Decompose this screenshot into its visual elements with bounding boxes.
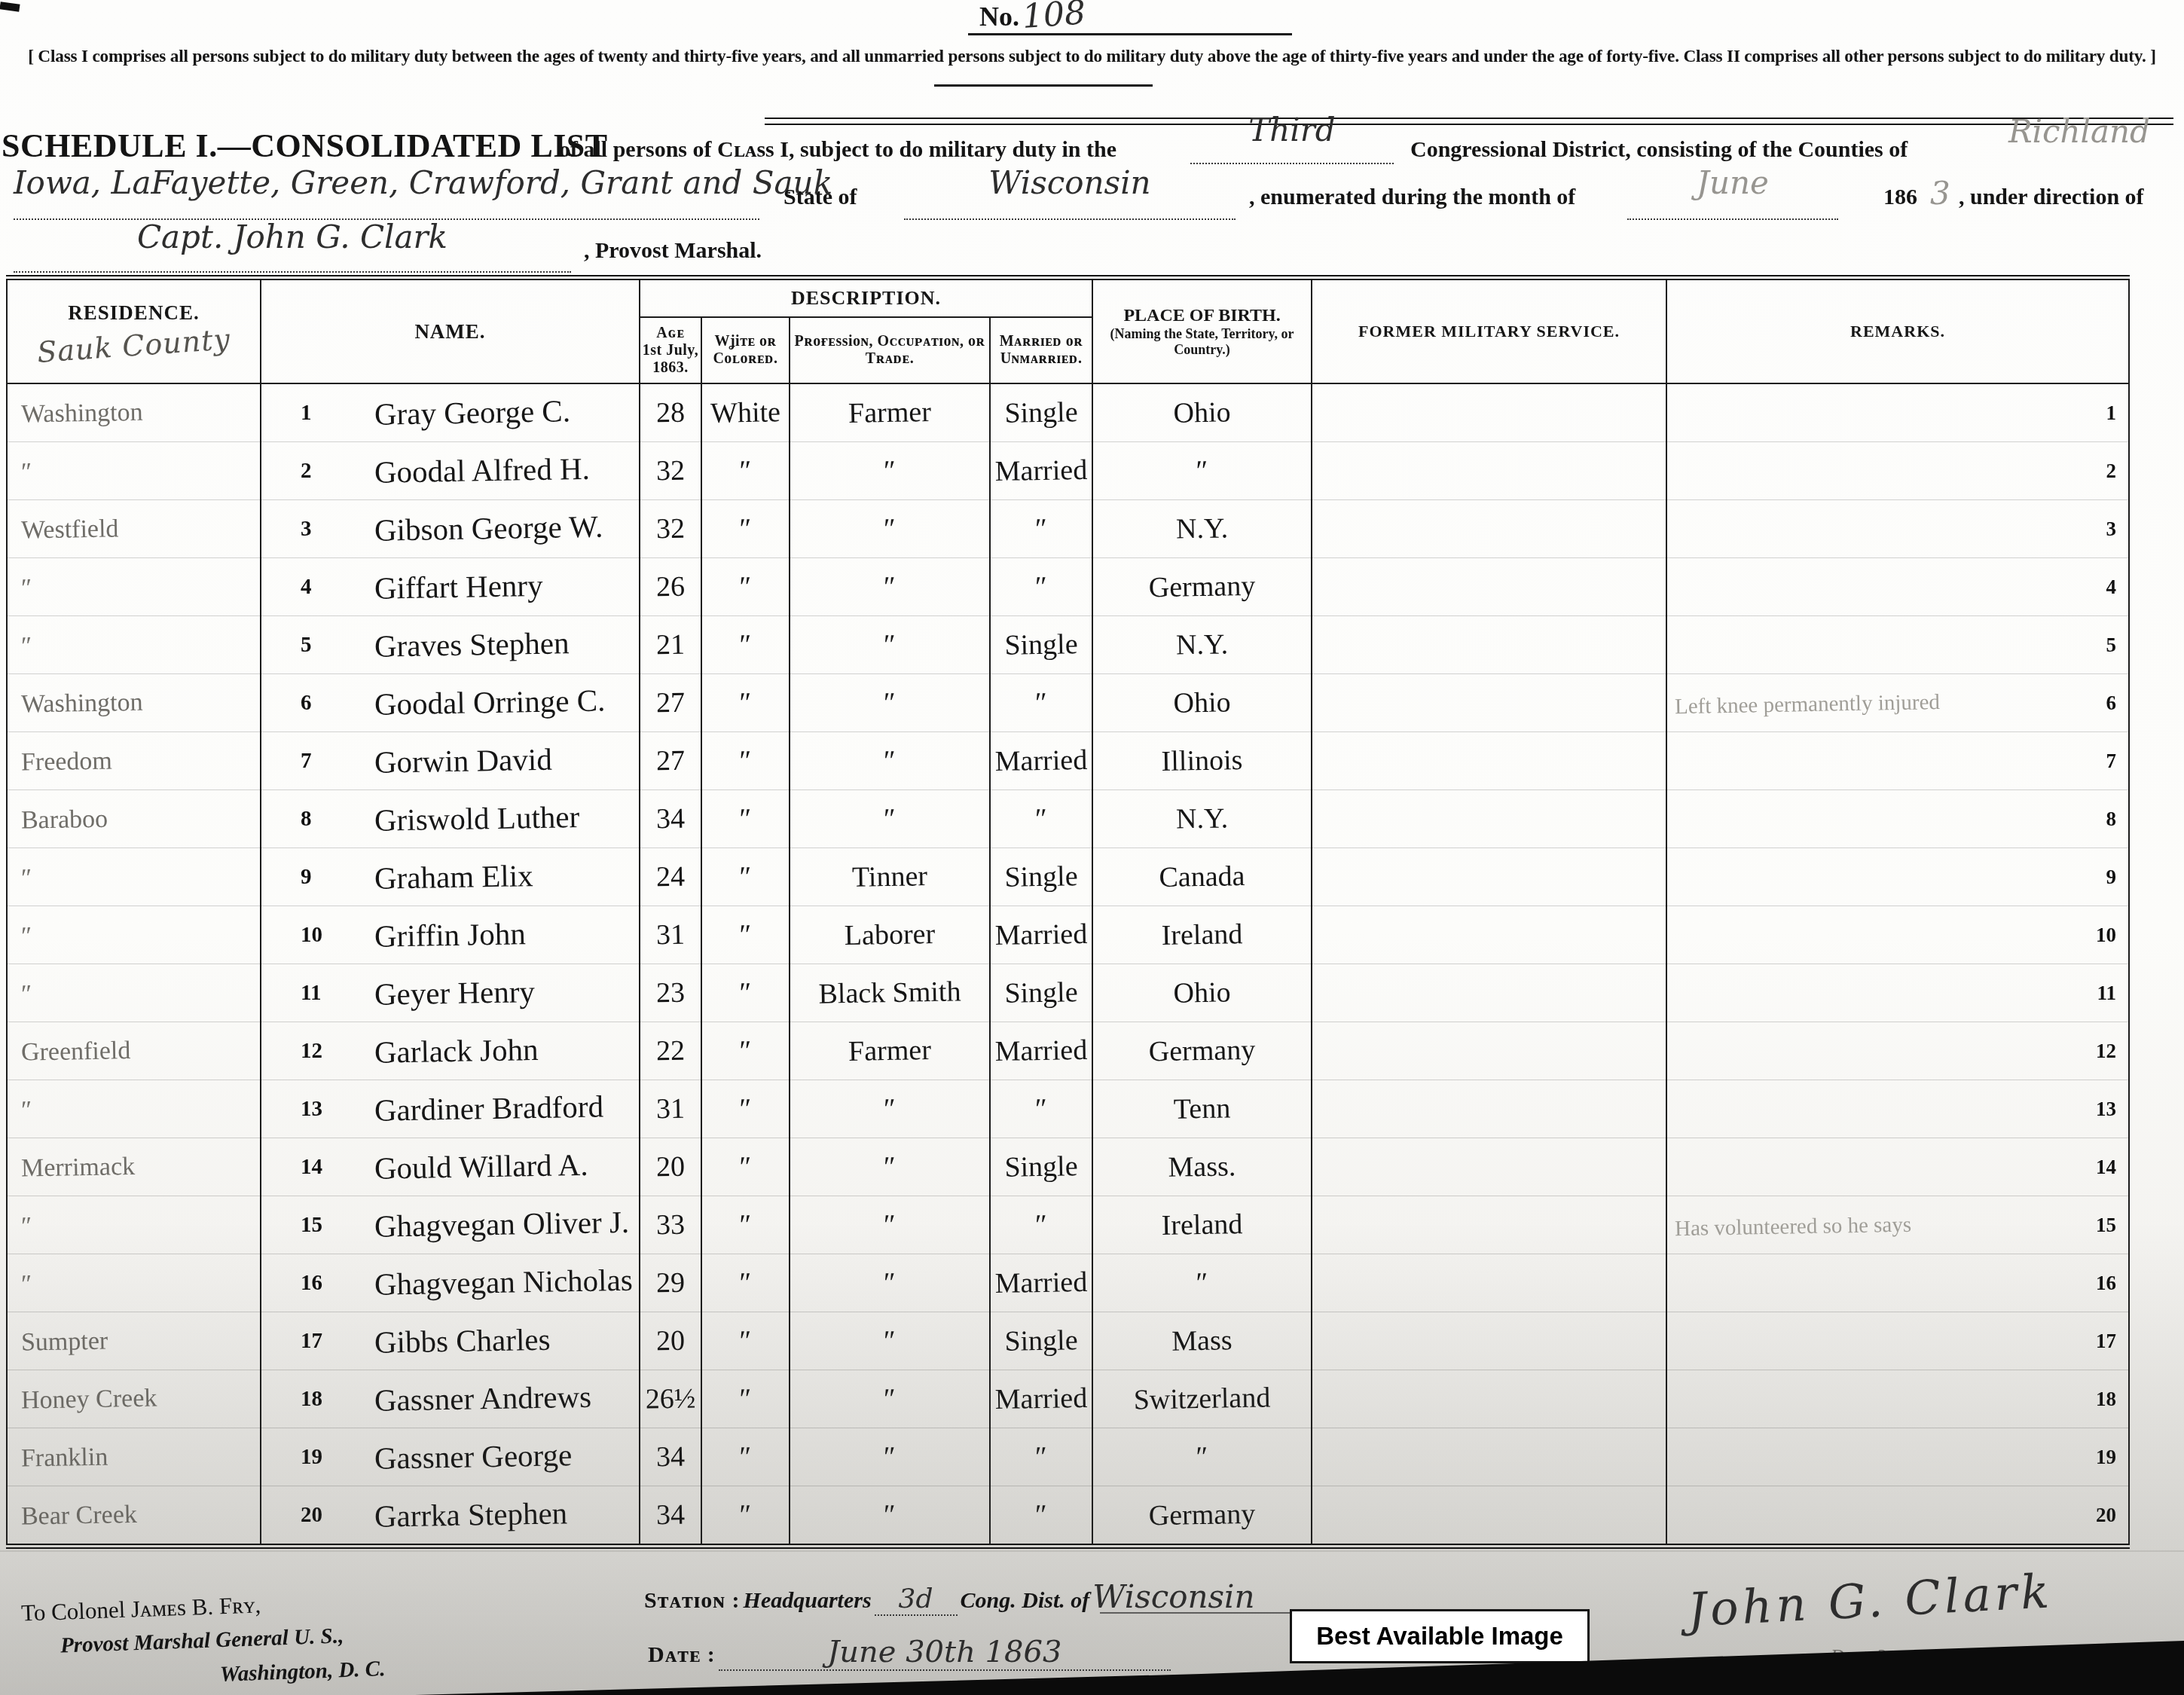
station-line: Sᴛᴀᴛɪᴏɴ : Headquarters 3d Cong. Dist. of… [644,1578,1255,1616]
remarks-handwritten [1667,641,2128,649]
birthplace-cell: Illinois [1092,732,1312,790]
married-handwritten: Single [991,860,1092,894]
color-handwritten: ″ [702,1150,790,1184]
name-cell: 17Gibbs Charles [261,1312,640,1370]
station-district-blank: 3d [875,1584,958,1616]
row-number-right: 5 [2106,634,2117,657]
remarks-handwritten [1667,1279,2128,1287]
married-handwritten: Married [991,1382,1092,1416]
birthplace-handwritten: Ohio [1093,974,1312,1011]
residence-cell: ″ [7,1254,261,1312]
station-label: Sᴛᴀᴛɪᴏɴ : [644,1588,741,1613]
header-age: Aɢᴇ 1st July, 1863. [640,317,701,383]
married-handwritten: ″ [991,512,1092,546]
remarks-cell: 4 [1666,558,2129,616]
age-cell: 33 [640,1196,701,1254]
age-cell: 28 [640,383,701,442]
name-handwritten: Giffart Henry [261,566,640,609]
service-handwritten [1312,526,1666,532]
table-header: RESIDENCE. Sauk County NAME. DESCRIPTION… [7,278,2129,384]
row-number-right: 1 [2106,402,2117,425]
table-row: Franklin19Gassner George34″″″″19 [7,1428,2129,1486]
color-handwritten: ″ [702,454,790,488]
military-service-cell [1312,1196,1666,1254]
remarks-handwritten [1667,1163,2128,1171]
married-cell: ″ [990,500,1092,558]
service-handwritten [1312,1454,1666,1460]
table-row: Bear Creek20Garrka Stephen34″″″Germany20 [7,1486,2129,1547]
occupation-cell: Farmer [790,1022,990,1080]
military-service-cell [1312,964,1666,1022]
name-handwritten: Gibson George W. [261,508,640,551]
residence-cell: Washington [7,383,261,442]
name-cell: 15Ghagvegan Oliver J. [261,1196,640,1254]
birthplace-cell: Tenn [1092,1080,1312,1138]
scanned-document-page: No. 108 [ Class I comprises all persons … [0,0,2184,1695]
title-seg-c: Congressional District, consisting of th… [1410,137,1908,163]
birthplace-cell: Mass [1092,1312,1312,1370]
occupation-cell: Laborer [790,906,990,964]
service-handwritten [1312,1164,1666,1170]
occupation-handwritten: Laborer [790,917,990,954]
residence-cell: ″ [7,906,261,964]
occupation-cell: ″ [790,1254,990,1312]
header-age-l2: 1st July, [643,342,699,359]
remarks-cell: 18 [1666,1370,2129,1428]
residence-cell: Westfield [7,500,261,558]
married-handwritten: Married [991,918,1092,952]
residence-handwritten: Sumpter [8,1324,261,1358]
service-handwritten [1312,990,1666,996]
age-handwritten: 21 [640,628,701,661]
remarks-handwritten [1667,409,2128,417]
color-handwritten: ″ [702,1440,790,1474]
occupation-handwritten: ″ [790,801,990,838]
birthplace-handwritten: ″ [1093,452,1312,489]
remarks-handwritten [1667,815,2128,823]
married-cell: ″ [990,674,1092,732]
residence-handwritten: ″ [8,570,261,603]
remarks-cell: Left knee permanently injured6 [1666,674,2129,732]
age-handwritten: 32 [640,512,701,545]
station-district-handwritten: 3d [899,1584,933,1614]
table-row: Merrimack14Gould Willard A.20″″SingleMas… [7,1138,2129,1196]
residence-handwritten: ″ [8,976,261,1009]
birthplace-cell: Germany [1092,1022,1312,1080]
color-handwritten: ″ [702,1498,790,1532]
color-cell: White [701,383,790,442]
military-service-cell [1312,1428,1666,1486]
remarks-handwritten [1667,757,2128,765]
header-remarks: REMARKS. [1666,278,2129,384]
occupation-handwritten: ″ [790,743,990,780]
table-row: Washington6Goodal Orringe C.27″″″OhioLef… [7,674,2129,732]
date-label: Dᴀᴛᴇ : [648,1642,716,1667]
remarks-handwritten [1667,1105,2128,1113]
remarks-handwritten [1667,1337,2128,1345]
title-seg-b: of all persons of Cʟᴀss I, subject to do… [559,137,1116,163]
remarks-cell: 5 [1666,616,2129,674]
color-handwritten: ″ [702,1382,790,1416]
date-line: Dᴀᴛᴇ : June 30th 1863 [648,1635,1171,1671]
occupation-handwritten: ″ [790,569,990,606]
name-handwritten: Gould Willard A. [261,1146,640,1189]
occupation-cell: ″ [790,1138,990,1196]
military-service-cell [1312,790,1666,848]
name-handwritten: Garrka Stephen [261,1494,640,1537]
captain-blank: Capt. John G. Clark [14,226,571,273]
married-handwritten: ″ [991,1092,1092,1126]
service-handwritten [1312,1338,1666,1344]
signature-handwritten: John G. Clark [1686,1563,2054,1637]
military-service-cell [1312,1138,1666,1196]
direction-label: , under direction of [1959,185,2144,210]
name-cell: 14Gould Willard A. [261,1138,640,1196]
table-row: ″10Griffin John31″LaborerMarriedIreland1… [7,906,2129,964]
district-handwritten: Third [1248,111,1335,148]
birthplace-handwritten: Germany [1093,1496,1312,1533]
name-cell: 2Goodal Alfred H. [261,442,640,500]
occupation-cell: ″ [790,1196,990,1254]
name-handwritten: Graves Stephen [261,624,640,667]
header-birthplace-label: PLACE OF BIRTH. [1123,306,1280,325]
name-handwritten: Gibbs Charles [261,1320,640,1363]
age-cell: 34 [640,790,701,848]
birthplace-cell: Ireland [1092,906,1312,964]
age-handwritten: 23 [640,976,701,1009]
enumerated-label: , enumerated during the month of [1249,185,1575,210]
residence-handwritten: ″ [8,1092,261,1125]
state-blank: Wisconsin [904,172,1236,220]
married-cell: Married [990,732,1092,790]
birthplace-cell: Germany [1092,558,1312,616]
color-cell: ″ [701,1370,790,1428]
name-handwritten: Gardiner Bradford [261,1088,640,1131]
name-cell: 12Garlack John [261,1022,640,1080]
birthplace-handwritten: Ireland [1093,1206,1312,1243]
birthplace-handwritten: Germany [1093,1032,1312,1069]
table-row: Washington1Gray George C.28WhiteFarmerSi… [7,383,2129,442]
state-label: State of [783,185,857,210]
name-cell: 20Garrka Stephen [261,1486,640,1547]
counties-blank-1: Richland [1981,121,2177,164]
row-number-right: 16 [2096,1272,2116,1295]
table-row: ″9Graham Elix24″TinnerSingleCanada9 [7,848,2129,906]
color-handwritten: ″ [702,1034,790,1068]
color-cell: ″ [701,848,790,906]
color-cell: ″ [701,674,790,732]
row-number-right: 20 [2096,1504,2116,1527]
service-handwritten [1312,642,1666,648]
military-service-cell [1312,1486,1666,1547]
title-rule [765,118,2173,125]
station-headquarters: Headquarters [744,1588,872,1613]
married-cell: Married [990,1022,1092,1080]
married-cell: Single [990,1312,1092,1370]
birthplace-cell: ″ [1092,1428,1312,1486]
birthplace-cell: Ohio [1092,674,1312,732]
married-cell: Single [990,964,1092,1022]
color-handwritten: ″ [702,686,790,720]
age-handwritten: 24 [640,860,701,893]
military-service-cell [1312,848,1666,906]
addressee-line-3: Washington, D. C. [219,1657,385,1687]
table-row: Freedom7Gorwin David27″″MarriedIllinois7 [7,732,2129,790]
residence-cell: Honey Creek [7,1370,261,1428]
header-military-service: FORMER MILITARY SERVICE. [1312,278,1666,384]
married-handwritten: ″ [991,686,1092,720]
age-handwritten: 31 [640,1092,701,1125]
married-cell: Married [990,1370,1092,1428]
remarks-handwritten [1667,467,2128,475]
addressee-line-2: Provost Marshal General U. S., [60,1623,344,1658]
remarks-cell: 17 [1666,1312,2129,1370]
service-handwritten [1312,816,1666,822]
age-handwritten: 28 [640,395,701,429]
name-handwritten: Graham Elix [261,856,640,899]
row-number-right: 8 [2106,808,2117,831]
married-handwritten: ″ [991,570,1092,604]
best-available-image-badge: Best Available Image [1290,1609,1590,1663]
age-handwritten: 32 [640,454,701,487]
married-cell: ″ [990,558,1092,616]
color-handwritten: ″ [702,628,790,662]
remarks-handwritten [1667,583,2128,591]
birthplace-handwritten: N.Y. [1093,626,1312,663]
married-handwritten: Single [991,976,1092,1010]
name-handwritten: Garlack John [261,1030,640,1073]
occupation-handwritten: ″ [790,511,990,548]
color-handwritten: ″ [702,1092,790,1126]
residence-cell: Bear Creek [7,1486,261,1547]
age-cell: 22 [640,1022,701,1080]
color-cell: ″ [701,1486,790,1547]
birthplace-cell: Switzerland [1092,1370,1312,1428]
married-cell: ″ [990,1486,1092,1547]
military-service-cell [1312,1022,1666,1080]
color-handwritten: ″ [702,918,790,952]
name-cell: 8Griswold Luther [261,790,640,848]
birthplace-cell: N.Y. [1092,500,1312,558]
military-service-cell [1312,1080,1666,1138]
table-row: ″13Gardiner Bradford31″″″Tenn13 [7,1080,2129,1138]
row-number-right: 11 [2097,982,2117,1005]
age-cell: 34 [640,1428,701,1486]
name-cell: 13Gardiner Bradford [261,1080,640,1138]
year-printed: 186 [1883,185,1917,210]
married-handwritten: ″ [991,1208,1092,1242]
name-handwritten: Ghagvegan Nicholas [261,1262,640,1305]
married-handwritten: Married [991,1034,1092,1068]
residence-handwritten: Washington [8,396,261,429]
schedule-title: SCHEDULE I.—CONSOLIDATED LIST [2,127,608,165]
residence-handwritten: Greenfield [8,1034,261,1067]
date-blank: June 30th 1863 [719,1635,1171,1671]
service-handwritten [1312,758,1666,764]
residence-handwritten: ″ [8,1266,261,1299]
residence-handwritten: ″ [8,628,261,661]
color-handwritten: ″ [702,1324,790,1358]
occupation-handwritten: Black Smith [790,975,990,1012]
married-cell: ″ [990,1196,1092,1254]
row-number-right: 4 [2106,576,2117,599]
name-cell: 5Graves Stephen [261,616,640,674]
remarks-cell: 16 [1666,1254,2129,1312]
name-handwritten: Goodal Orringe C. [261,682,640,725]
remarks-cell: 3 [1666,500,2129,558]
age-cell: 21 [640,616,701,674]
header-occupation: Pʀᴏғᴇssiᴏɴ, Oᴄᴄᴜᴘᴀᴛɪᴏɴ, ᴏʀ Tʀᴀᴅᴇ. [790,317,990,383]
service-handwritten [1312,1106,1666,1112]
residence-cell: ″ [7,1080,261,1138]
row-number-right: 10 [2096,924,2116,947]
residence-handwritten: ″ [8,918,261,951]
residence-cell: ″ [7,558,261,616]
military-service-cell [1312,674,1666,732]
name-cell: 7Gorwin David [261,732,640,790]
color-cell: ″ [701,964,790,1022]
table-row: ″4Giffart Henry26″″″Germany4 [7,558,2129,616]
name-cell: 4Giffart Henry [261,558,640,616]
age-cell: 20 [640,1138,701,1196]
class-note: [ Class I comprises all persons subject … [11,47,2173,67]
married-handwritten: Single [991,395,1092,430]
occupation-cell: ″ [790,442,990,500]
service-handwritten [1312,1396,1666,1402]
name-cell: 18Gassner Andrews [261,1370,640,1428]
name-cell: 3Gibson George W. [261,500,640,558]
month-handwritten: June [1697,164,1769,201]
document-number-block: No. 108 [979,0,1086,34]
residence-cell: ″ [7,442,261,500]
table-body: Washington1Gray George C.28WhiteFarmerSi… [7,383,2129,1547]
occupation-cell: ″ [790,1428,990,1486]
table-row: Honey Creek18Gassner Andrews26½″″Married… [7,1370,2129,1428]
married-handwritten: Single [991,1324,1092,1358]
color-cell: ″ [701,616,790,674]
remarks-handwritten [1667,1047,2128,1055]
residence-cell: ″ [7,848,261,906]
age-handwritten: 31 [640,918,701,951]
military-service-cell [1312,383,1666,442]
service-handwritten [1312,932,1666,938]
header-birthplace: PLACE OF BIRTH. (Naming the State, Terri… [1092,278,1312,384]
no-label: No. [979,2,1019,32]
name-handwritten: Gray George C. [261,392,640,435]
residence-handwritten: Merrimack [8,1150,261,1183]
military-service-cell [1312,558,1666,616]
remarks-handwritten [1667,873,2128,881]
service-handwritten [1312,468,1666,474]
remarks-handwritten [1667,931,2128,939]
scan-speck-topleft [0,2,20,12]
name-handwritten: Geyer Henry [261,972,640,1015]
occupation-cell: ″ [790,674,990,732]
row-number-right: 15 [2096,1214,2116,1237]
married-cell: Married [990,1254,1092,1312]
occupation-handwritten: ″ [790,1091,990,1128]
occupation-handwritten: Farmer [790,1033,990,1070]
occupation-cell: ″ [790,1486,990,1547]
provost-label: , Provost Marshal. [584,238,762,264]
color-handwritten: ″ [702,802,790,836]
age-cell: 27 [640,732,701,790]
residence-handwritten: Freedom [8,744,261,777]
age-handwritten: 29 [640,1266,701,1299]
married-cell: Married [990,906,1092,964]
age-cell: 31 [640,906,701,964]
age-cell: 32 [640,442,701,500]
no-underline [968,33,1292,35]
color-cell: ″ [701,1254,790,1312]
occupation-handwritten: ″ [790,1149,990,1186]
married-handwritten: Married [991,454,1092,488]
service-handwritten [1312,1048,1666,1054]
married-handwritten: Married [991,744,1092,778]
service-handwritten [1312,584,1666,590]
age-cell: 32 [640,500,701,558]
color-handwritten: ″ [702,512,790,546]
birthplace-cell: Ireland [1092,1196,1312,1254]
color-handwritten: ″ [702,860,790,894]
residence-handwritten: Westfield [8,512,261,545]
occupation-handwritten: Farmer [790,395,990,432]
birthplace-handwritten: ″ [1093,1264,1312,1301]
date-handwritten: June 30th 1863 [827,1635,1061,1669]
service-handwritten [1312,1222,1666,1228]
military-service-cell [1312,1254,1666,1312]
table-row: ″11Geyer Henry23″Black SmithSingleOhio11 [7,964,2129,1022]
age-handwritten: 26 [640,570,701,603]
remarks-handwritten [1667,1395,2128,1403]
service-handwritten [1312,1280,1666,1286]
residence-cell: ″ [7,1196,261,1254]
birthplace-handwritten: Tenn [1093,1090,1312,1127]
remarks-cell: 8 [1666,790,2129,848]
residence-cell: Greenfield [7,1022,261,1080]
occupation-handwritten: ″ [790,1497,990,1534]
badge-label: Best Available Image [1316,1622,1563,1651]
station-state-handwritten: Wisconsin [1092,1578,1254,1615]
color-cell: ″ [701,732,790,790]
residence-handwritten: ″ [8,860,261,893]
remarks-cell: 12 [1666,1022,2129,1080]
residence-cell: ″ [7,964,261,1022]
residence-handwritten: ″ [8,1208,261,1241]
age-cell: 29 [640,1254,701,1312]
remarks-cell: 14 [1666,1138,2129,1196]
residence-cell: Franklin [7,1428,261,1486]
counties-handwritten-faint: Richland [2008,113,2150,150]
birthplace-cell: N.Y. [1092,616,1312,674]
occupation-cell: ″ [790,616,990,674]
state-handwritten: Wisconsin [988,164,1150,201]
color-handwritten: ″ [702,1266,790,1300]
color-cell: ″ [701,1428,790,1486]
birthplace-handwritten: Illinois [1093,742,1312,779]
married-handwritten: ″ [991,1440,1092,1474]
military-service-cell [1312,906,1666,964]
married-cell: Married [990,442,1092,500]
occupation-handwritten: ″ [790,1265,990,1302]
birthplace-cell: ″ [1092,1254,1312,1312]
color-handwritten: ″ [702,744,790,778]
birthplace-handwritten: Mass. [1093,1148,1312,1185]
row-number-right: 12 [2096,1040,2116,1063]
married-handwritten: ″ [991,802,1092,836]
color-cell: ″ [701,500,790,558]
age-handwritten: 26½ [640,1382,701,1416]
